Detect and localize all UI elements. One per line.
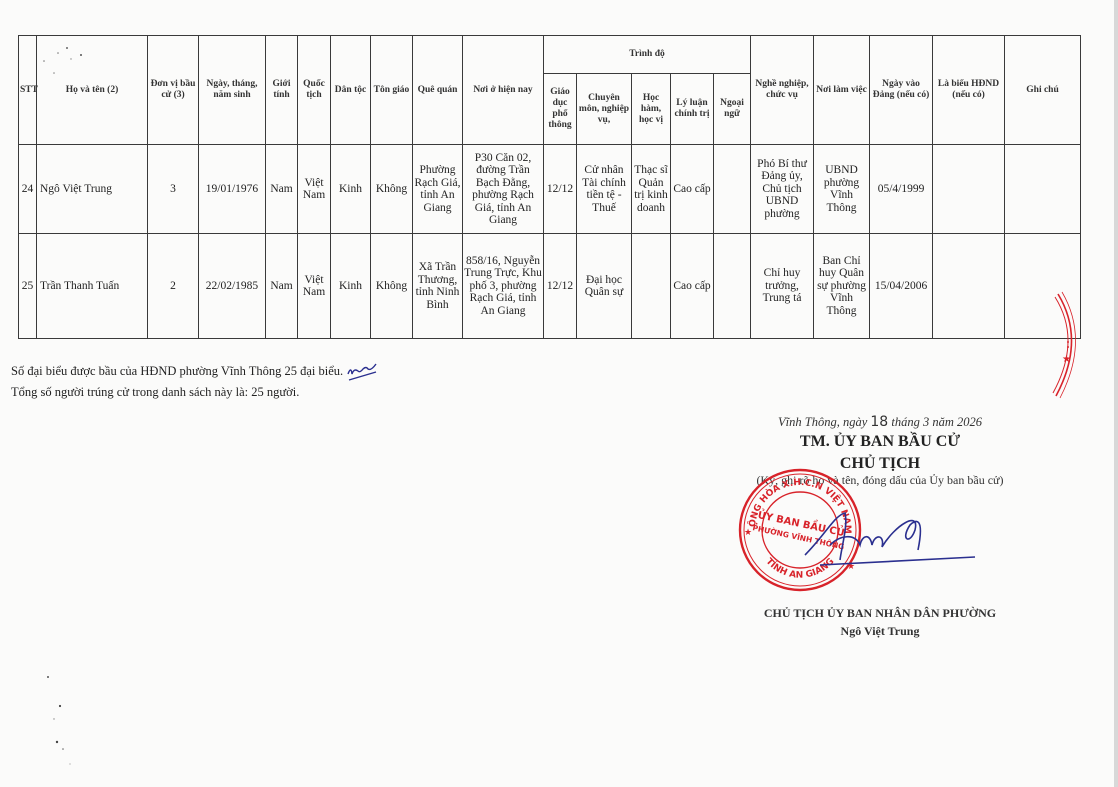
table-row: 25 Trần Thanh Tuấn 2 22/02/1985 Nam Việt…	[19, 234, 1081, 339]
scan-specks-bottom	[40, 665, 80, 765]
header-stt: STT	[19, 36, 37, 145]
cell-political-theory: Cao cấp	[671, 234, 714, 339]
cell-notes	[1005, 145, 1081, 234]
header-political-theory: Lý luận chính trị	[671, 74, 714, 145]
cell-party-join-date: 05/4/1999	[870, 145, 933, 234]
handwritten-signature	[800, 505, 980, 575]
header-notes: Ghi chú	[1005, 36, 1081, 145]
table-row: 24 Ngô Việt Trung 3 19/01/1976 Nam Việt …	[19, 145, 1081, 234]
page-edge	[1114, 0, 1118, 787]
cell-specialty: Đại học Quân sự	[577, 234, 632, 339]
elected-delegates-table: STT Họ và tên (2) Đơn vị bầu cử (3) Ngày…	[18, 35, 1081, 339]
cell-hometown: Xã Trần Thương, tỉnh Ninh Bình	[413, 234, 463, 339]
header-gender: Giới tính	[266, 36, 298, 145]
cell-specialty: Cử nhân Tài chính tiền tệ - Thuế	[577, 145, 632, 234]
header-council-delegate: Là biểu HĐND (nếu có)	[933, 36, 1005, 145]
cell-full-name: Trần Thanh Tuấn	[37, 234, 148, 339]
cell-residence: 858/16, Nguyễn Trung Trực, Khu phố 3, ph…	[463, 234, 544, 339]
cell-occupation: Phó Bí thư Đảng ủy, Chủ tịch UBND phường	[751, 145, 814, 234]
header-foreign-language: Ngoại ngữ	[714, 74, 751, 145]
cell-foreign-language	[714, 234, 751, 339]
header-hometown: Quê quán	[413, 36, 463, 145]
summary-total-winners: Tổng số người trúng cử trong danh sách n…	[11, 385, 299, 400]
cell-residence: P30 Căn 02, đường Trần Bạch Đằng, phường…	[463, 145, 544, 234]
cell-nationality: Việt Nam	[298, 234, 331, 339]
handwritten-day: 18	[870, 414, 888, 430]
cell-political-theory: Cao cấp	[671, 145, 714, 234]
cell-birth-date: 19/01/1976	[199, 145, 266, 234]
cell-full-name: Ngô Việt Trung	[37, 145, 148, 234]
cell-council-delegate	[933, 145, 1005, 234]
header-education-group: Trình độ	[544, 36, 751, 74]
cell-academic-degree	[632, 234, 671, 339]
cell-ethnicity: Kinh	[331, 145, 371, 234]
header-religion: Tôn giáo	[371, 36, 413, 145]
cell-stt: 25	[19, 234, 37, 339]
summary-delegates-elected: Số đại biểu được bầu của HĐND phường Vĩn…	[11, 362, 378, 382]
header-electoral-unit: Đơn vị bầu cử (3)	[148, 36, 199, 145]
cell-electoral-unit: 2	[148, 234, 199, 339]
header-general-education: Giáo dục phổ thông	[544, 74, 577, 145]
header-academic-degree: Học hàm, học vị	[632, 74, 671, 145]
header-workplace: Nơi làm việc	[814, 36, 870, 145]
cell-gender: Nam	[266, 234, 298, 339]
org-title: TM. ỦY BAN BẦU CỬ	[720, 433, 1040, 451]
cell-workplace: UBND phường Vĩnh Thông	[814, 145, 870, 234]
header-ethnicity: Dân tộc	[331, 36, 371, 145]
cell-ethnicity: Kinh	[331, 234, 371, 339]
cell-gender: Nam	[266, 145, 298, 234]
signer-title: CHỦ TỊCH ỦY BAN NHÂN DÂN PHƯỜNG	[720, 606, 1040, 621]
cell-occupation: Chỉ huy trưởng, Trung tá	[751, 234, 814, 339]
cell-academic-degree: Thạc sĩ Quản trị kinh doanh	[632, 145, 671, 234]
header-nationality: Quốc tịch	[298, 36, 331, 145]
header-party-join-date: Ngày vào Đảng (nếu có)	[870, 36, 933, 145]
cell-workplace: Ban Chỉ huy Quân sự phường Vĩnh Thông	[814, 234, 870, 339]
cell-council-delegate	[933, 234, 1005, 339]
cell-party-join-date: 15/04/2006	[870, 234, 933, 339]
cell-general-education: 12/12	[544, 234, 577, 339]
partial-stamp-mark: ★	[1050, 290, 1090, 400]
signer-name: Ngô Việt Trung	[720, 624, 1040, 639]
cell-foreign-language	[714, 145, 751, 234]
cell-religion: Không	[371, 234, 413, 339]
cell-general-education: 12/12	[544, 145, 577, 234]
svg-text:★: ★	[744, 528, 752, 538]
cell-electoral-unit: 3	[148, 145, 199, 234]
svg-text:★: ★	[1062, 354, 1071, 365]
cell-hometown: Phường Rạch Giá, tỉnh An Giang	[413, 145, 463, 234]
header-birth-date: Ngày, tháng, năm sinh	[199, 36, 266, 145]
handwritten-initials-icon	[346, 362, 378, 382]
header-occupation: Nghề nghiệp, chức vụ	[751, 36, 814, 145]
header-residence: Nơi ở hiện nay	[463, 36, 544, 145]
place-date: Vĩnh Thông, ngày 18 tháng 3 năm 2026	[720, 414, 1040, 430]
header-specialty: Chuyên môn, nghiệp vụ,	[577, 74, 632, 145]
cell-stt: 24	[19, 145, 37, 234]
cell-religion: Không	[371, 145, 413, 234]
cell-nationality: Việt Nam	[298, 145, 331, 234]
header-full-name: Họ và tên (2)	[37, 36, 148, 145]
cell-birth-date: 22/02/1985	[199, 234, 266, 339]
